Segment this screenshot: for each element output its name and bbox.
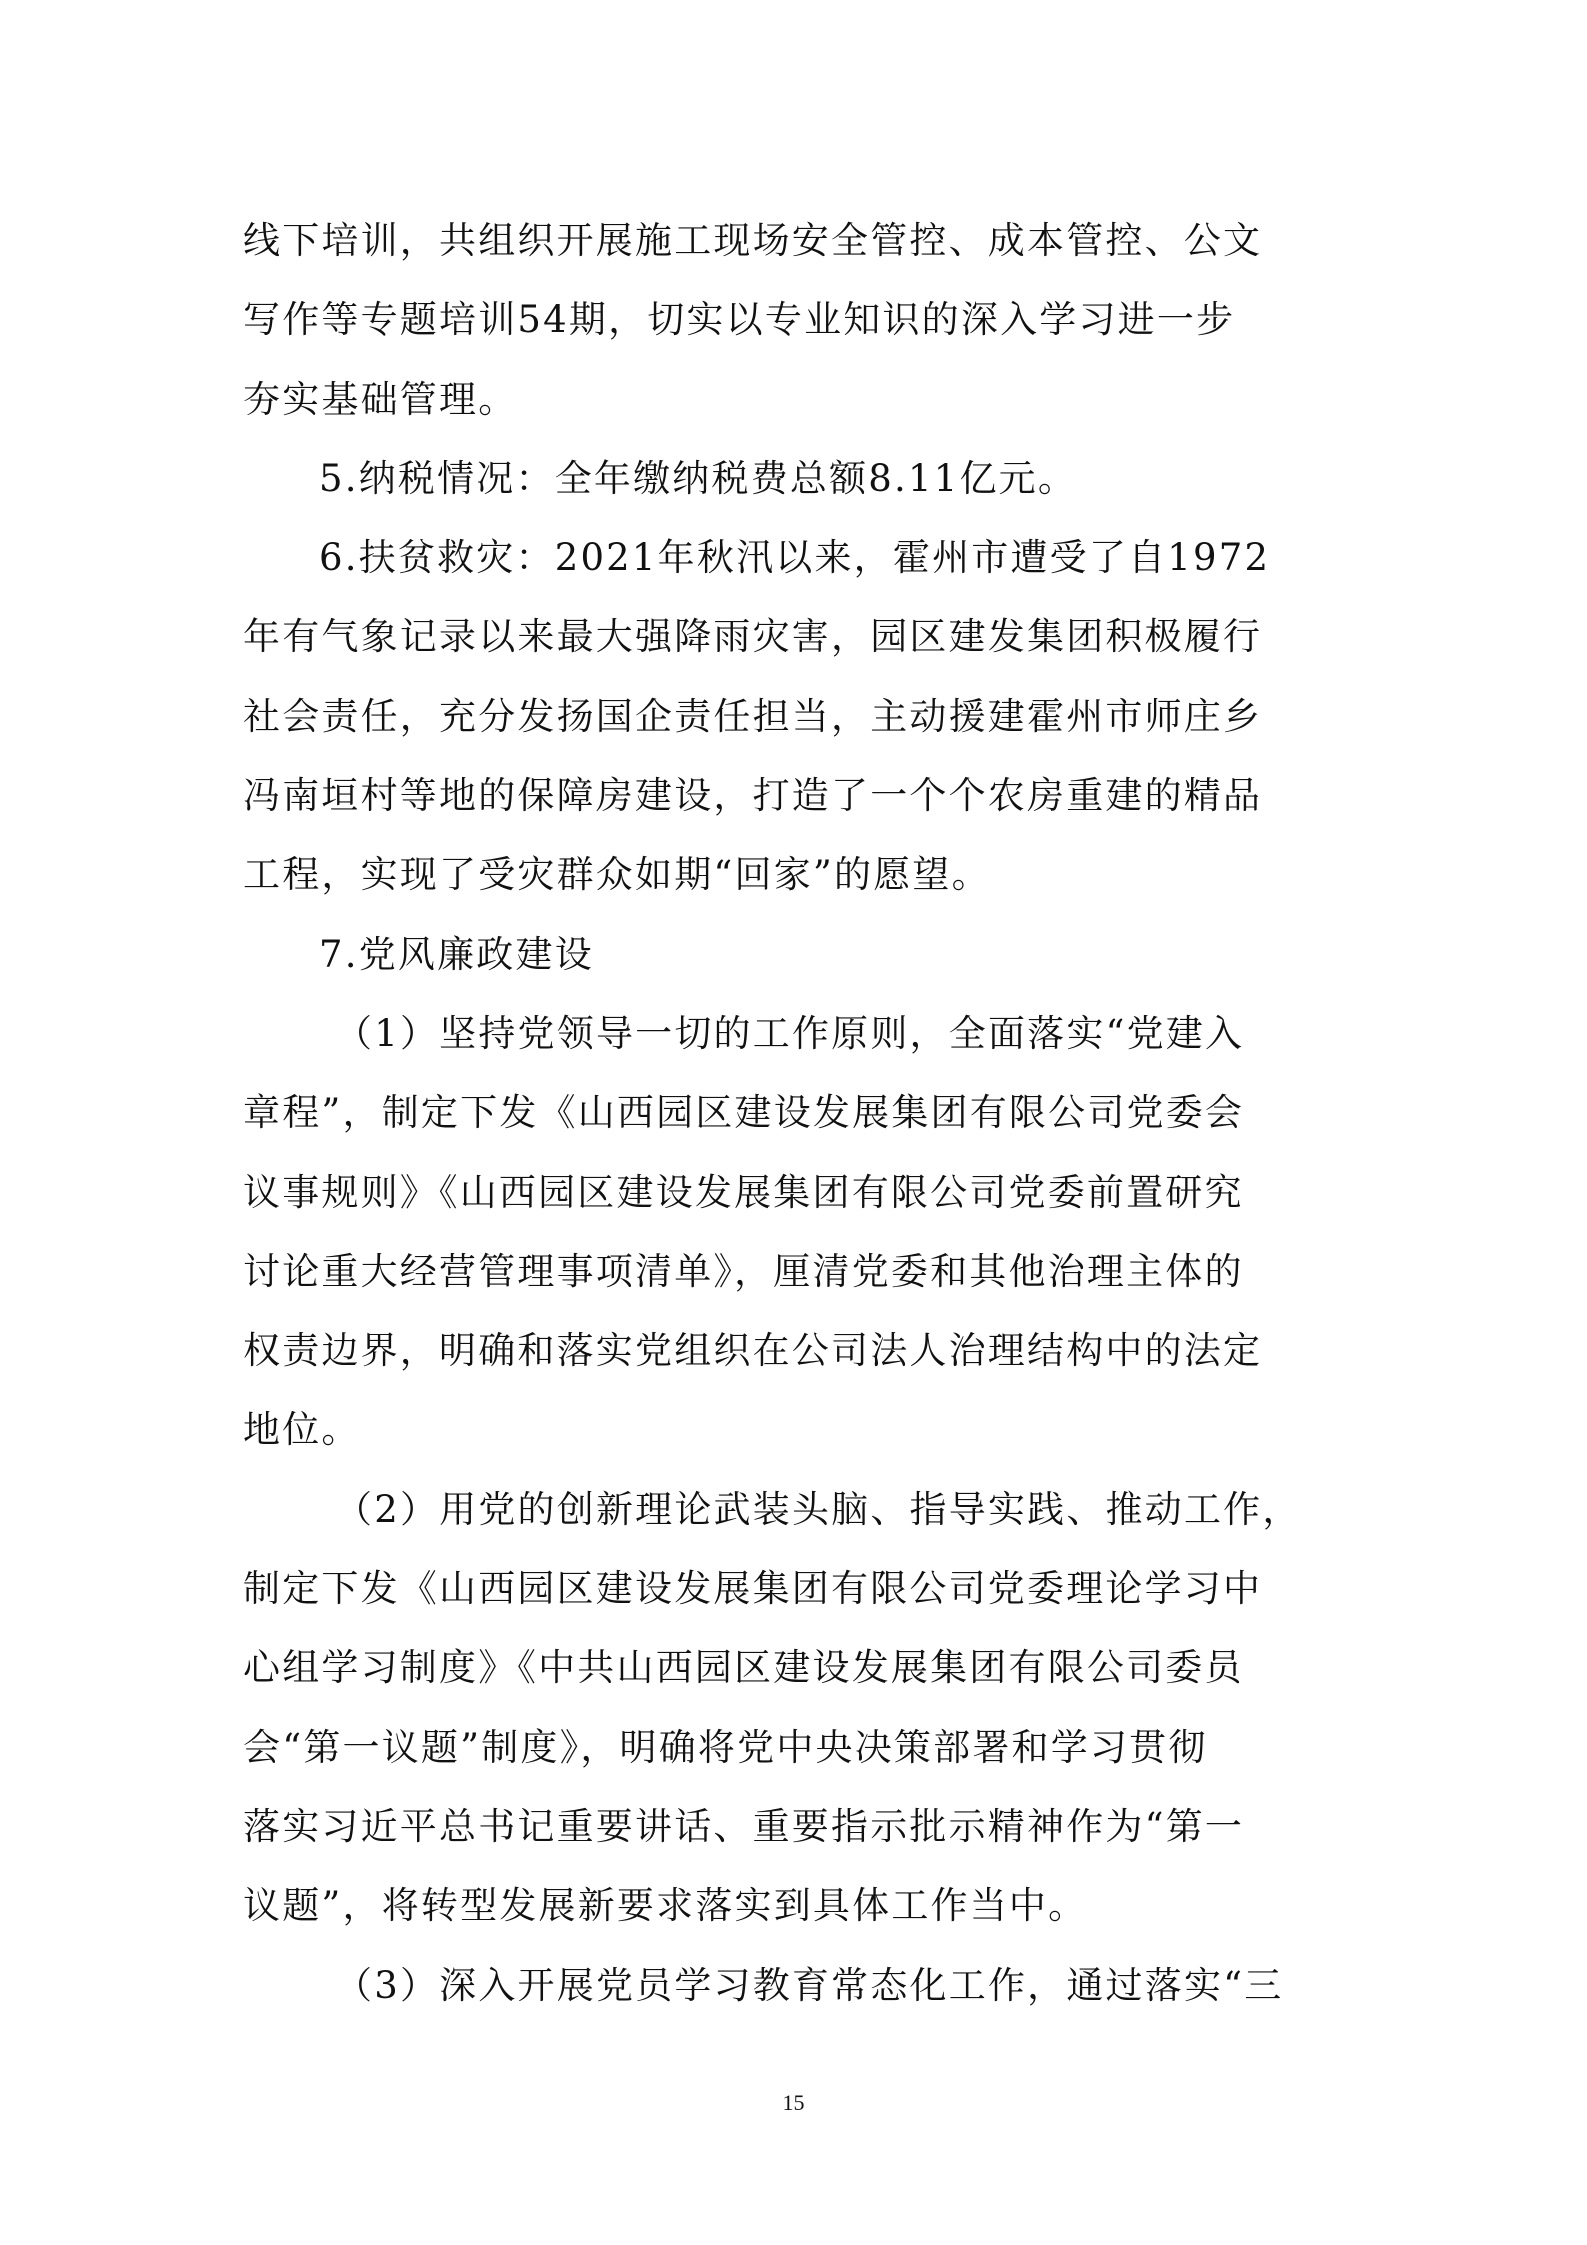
text-line: 心组学习制度》《中共山西园区建设发展集团有限公司委员 [243, 1640, 1353, 1719]
text-line: 社会责任，充分发扬国企责任担当，主动援建霍州市师庄乡 [243, 689, 1353, 768]
text-line: （2）用党的创新理论武装头脑、指导实践、推动工作， [243, 1482, 1353, 1561]
text-line: 议事规则》《山西园区建设发展集团有限公司党委前置研究 [243, 1165, 1353, 1244]
text-line: 议题”，将转型发展新要求落实到具体工作当中。 [243, 1878, 1353, 1957]
paragraph-integrity-3: （3）深入开展党员学习教育常态化工作，通过落实“三 [243, 1958, 1353, 2037]
text-line: 年有气象记录以来最大强降雨灾害，园区建发集团积极履行 [243, 609, 1353, 688]
section-heading-integrity: 7.党风廉政建设 [243, 927, 1353, 1006]
text-line: 线下培训，共组织开展施工现场安全管控、成本管控、公文 [243, 213, 1353, 292]
body-text: 线下培训，共组织开展施工现场安全管控、成本管控、公文 写作等专题培训54期，切实… [243, 213, 1353, 2037]
paragraph-integrity-2: （2）用党的创新理论武装头脑、指导实践、推动工作， 制定下发《山西园区建设发展集… [243, 1482, 1353, 1958]
text-line: 5.纳税情况：全年缴纳税费总额8.11亿元。 [243, 451, 1353, 530]
text-line: 权责边界，明确和落实党组织在公司法人治理结构中的法定 [243, 1323, 1353, 1402]
text-line: 会“第一议题”制度》，明确将党中央决策部署和学习贯彻 [243, 1720, 1353, 1799]
page-number: 15 [0, 2090, 1587, 2116]
text-line: 落实习近平总书记重要讲话、重要指示批示精神作为“第一 [243, 1799, 1353, 1878]
text-line: 冯南垣村等地的保障房建设，打造了一个个农房重建的精品 [243, 768, 1353, 847]
text-line: （1）坚持党领导一切的工作原则，全面落实“党建入 [243, 1006, 1353, 1085]
text-line: 写作等专题培训54期，切实以专业知识的深入学习进一步 [243, 292, 1353, 371]
text-line: 6.扶贫救灾：2021年秋汛以来，霍州市遭受了自1972 [243, 530, 1353, 609]
text-line: 地位。 [243, 1402, 1353, 1481]
text-line: （3）深入开展党员学习教育常态化工作，通过落实“三 [243, 1958, 1353, 2037]
text-line: 工程，实现了受灾群众如期“回家”的愿望。 [243, 847, 1353, 926]
paragraph-tax: 5.纳税情况：全年缴纳税费总额8.11亿元。 [243, 451, 1353, 530]
paragraph-integrity-1: （1）坚持党领导一切的工作原则，全面落实“党建入 章程”，制定下发《山西园区建设… [243, 1006, 1353, 1482]
text-line: 制定下发《山西园区建设发展集团有限公司党委理论学习中 [243, 1561, 1353, 1640]
paragraph-training: 线下培训，共组织开展施工现场安全管控、成本管控、公文 写作等专题培训54期，切实… [243, 213, 1353, 451]
text-line: 7.党风廉政建设 [243, 927, 1353, 1006]
paragraph-poverty-relief: 6.扶贫救灾：2021年秋汛以来，霍州市遭受了自1972 年有气象记录以来最大强… [243, 530, 1353, 926]
text-line: 讨论重大经营管理事项清单》，厘清党委和其他治理主体的 [243, 1244, 1353, 1323]
document-page: 线下培训，共组织开展施工现场安全管控、成本管控、公文 写作等专题培训54期，切实… [0, 0, 1587, 2245]
text-line: 章程”，制定下发《山西园区建设发展集团有限公司党委会 [243, 1085, 1353, 1164]
text-line: 夯实基础管理。 [243, 372, 1353, 451]
